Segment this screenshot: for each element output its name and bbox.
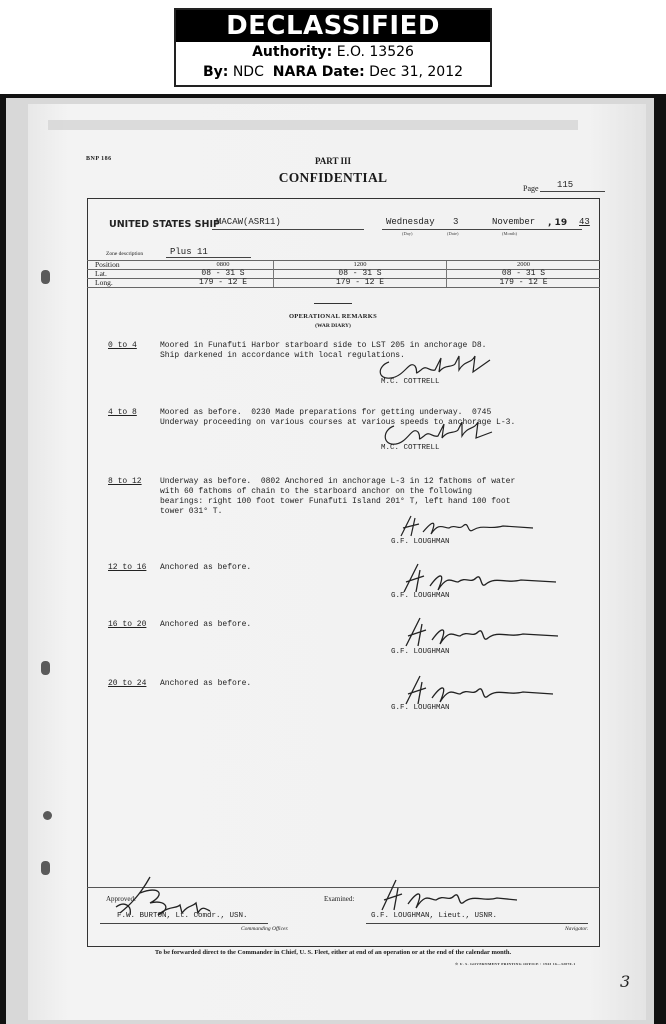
examined-label: Examined: [324,895,354,903]
date-value: 3 [453,217,458,227]
signature-loughman [398,674,558,708]
by-value: NDC [233,64,264,80]
approved-title: Commanding Officer. [241,926,288,932]
long-label: Long. [87,279,165,288]
zone-value: Plus 11 [170,247,208,257]
examined-title: Navigator. [565,926,588,932]
position-table: Position 0800 1200 2000 Lat. 08 - 31 S 0… [87,260,600,288]
signature-loughman [396,562,556,596]
year-suffix: 43 [579,217,590,227]
signer-12-16: G.F. LOUGHMAN [391,592,450,600]
tape-strip [48,120,578,130]
part-heading: PART III [0,156,666,166]
approved-underline [100,923,268,924]
forwarding-note: To be forwarded direct to the Commander … [0,949,666,956]
long-2000: 179 - 12 E [447,279,601,288]
ship-label: UNITED STATES SHIP [109,219,220,230]
punch-hole [41,270,50,284]
stamp-heading: DECLASSIFIED [176,10,490,42]
signer-20-24: G.F. LOUGHMAN [391,704,450,712]
day-caption: (Day) [402,231,413,236]
remarks-subtitle: (WAR DIARY) [0,323,666,329]
signature-loughman [398,616,558,650]
date-caption: (Date) [447,231,459,236]
ship-name: MACAW(ASR11) [216,217,286,227]
watch-12-16: 12 to 16 [108,563,146,572]
watch-8-12: 8 to 12 [108,477,142,486]
watch-4-8: 4 to 8 [108,408,137,417]
stamp-authority: Authority: E.O. 13526 [176,42,490,62]
watch-20-24: 20 to 24 [108,679,146,688]
long-0800: 179 - 12 E [165,279,274,288]
handwritten-page-number: 3 [620,972,630,991]
approved-name: F.W. BURTON, Lt. Comdr., USN. [117,912,248,920]
day-value: Wednesday [386,217,435,227]
gpo-imprint: ☆ U. S. GOVERNMENT PRINTING OFFICE : 194… [455,962,576,966]
zone-underline [166,257,251,258]
page-number: 115 [540,180,605,192]
date-underline [382,229,582,230]
declassified-stamp: DECLASSIFIED Authority: E.O. 13526 By: N… [174,8,492,87]
stamp-by-date: By: NDC NARA Date: Dec 31, 2012 [176,62,490,82]
signature-loughman [372,878,522,914]
month-value: November [492,217,535,227]
remarks-title: OPERATIONAL REMARKS [0,313,666,320]
by-label: By: [203,64,228,80]
entry-20-24-text: Anchored as before. [160,679,251,689]
entry-8-12-text: Underway as before. 0802 Anchored in anc… [160,477,515,517]
ship-underline [212,229,364,230]
watch-16-20: 16 to 20 [108,620,146,629]
page-label: Page [523,184,539,193]
entry-12-16-text: Anchored as before. [160,563,251,573]
nara-date-label: NARA Date: [273,64,365,80]
signer-0-4: M.C. COTTRELL [381,378,440,386]
signer-8-12: G.F. LOUGHMAN [391,538,450,546]
signer-4-8: M.C. COTTRELL [381,444,440,452]
long-1200: 179 - 12 E [274,279,447,288]
punch-hole [41,661,50,675]
nara-date-value: Dec 31, 2012 [369,64,463,80]
long-row: Long. 179 - 12 E 179 - 12 E 179 - 12 E [87,279,600,288]
signer-16-20: G.F. LOUGHMAN [391,648,450,656]
signature-loughman [393,514,543,540]
year-prefix: , 19 [548,218,567,228]
punch-hole [41,861,50,875]
authority-label: Authority: [252,44,332,60]
zone-label: Zone description [106,251,143,257]
month-caption: (Month) [502,231,517,236]
authority-value: E.O. 13526 [337,44,414,60]
watch-0-4: 0 to 4 [108,341,137,350]
examined-name: G.F. LOUGHMAN, Lieut., USNR. [371,912,497,920]
entry-16-20-text: Anchored as before. [160,620,251,630]
punch-hole [43,811,52,820]
remarks-rule [314,303,352,304]
examined-underline [366,923,588,924]
